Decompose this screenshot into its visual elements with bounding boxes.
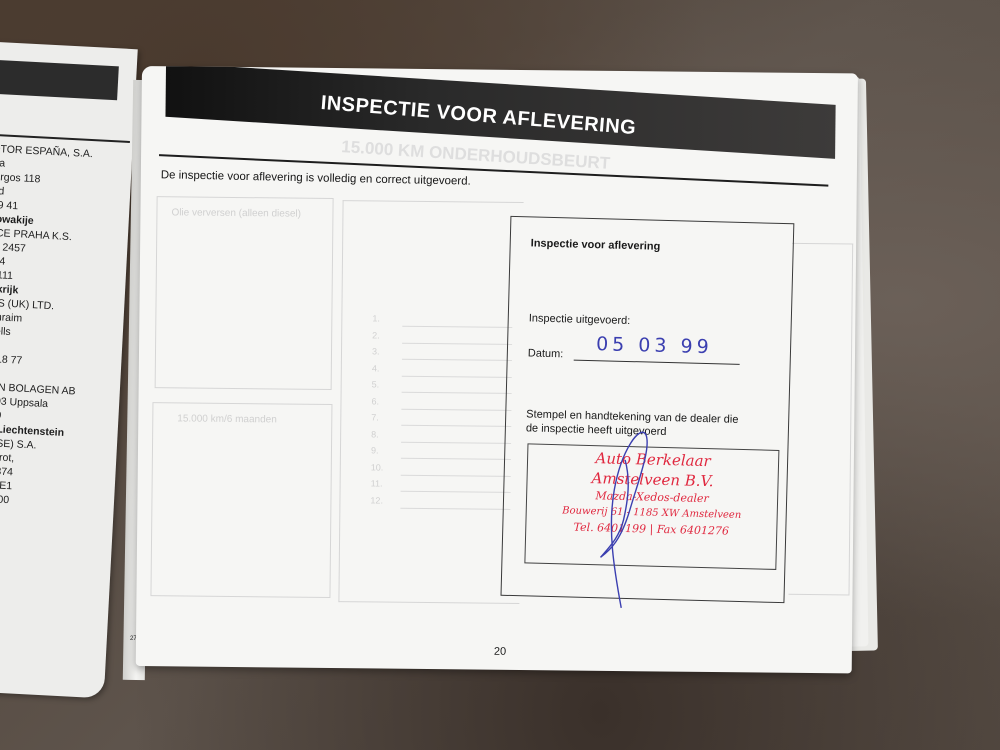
ghost-list-line — [402, 326, 512, 328]
left-title-rule — [0, 132, 130, 143]
right-page: INSPECTIE VOOR AFLEVERING De inspectie v… — [136, 66, 858, 673]
ghost-list-line — [402, 375, 512, 377]
ghost-numbered-list: 1.2.3.4.5.6.7.8.9.10.11.12. — [344, 201, 524, 203]
ghost-list-line — [401, 474, 511, 476]
ghost-list-line — [401, 491, 511, 493]
ghost-list-line — [402, 342, 512, 344]
ghost-list-line — [401, 408, 511, 410]
date-handwritten-value[interactable]: 05 03 99 — [596, 333, 713, 358]
ghost-list-number: 11. — [371, 478, 383, 488]
ghost-box-oil: Olie verversen (alleen diesel) — [155, 196, 334, 390]
inspection-performed-label: Inspectie uitgevoerd: — [529, 312, 631, 327]
ghost-list-line — [402, 392, 512, 394]
dealer-stamp-box: Auto Berkelaar Amstelveen B.V. Mazda-Xed… — [524, 443, 779, 570]
ghost-box-right — [788, 243, 853, 596]
ghost-list-number: 10. — [371, 462, 384, 472]
ghost-list-number: 6. — [371, 396, 379, 406]
ghost-list-number: 3. — [372, 346, 380, 356]
ghost-box-list: 1.2.3.4.5.6.7.8.9.10.11.12. — [338, 200, 523, 604]
ghost-list-number: 2. — [372, 330, 380, 340]
ghost-list-number: 1. — [372, 313, 380, 323]
stamp-label: Stempel en handtekening van de dealer di… — [526, 407, 747, 441]
ghost-list-line — [401, 458, 511, 460]
ghost-list-line — [400, 507, 510, 509]
ghost-list-number: 7. — [371, 412, 379, 422]
ghost-list-number: 12. — [370, 495, 383, 505]
inspection-title: Inspectie voor aflevering — [531, 237, 661, 252]
page-number: 20 — [494, 646, 506, 658]
ghost-list-number: 9. — [371, 445, 379, 455]
date-label: Datum: — [528, 347, 564, 360]
ghost-list-line — [402, 359, 512, 361]
ghost-list-line — [401, 441, 511, 443]
dealer-stamp: Auto Berkelaar Amstelveen B.V. Mazda-Xed… — [526, 444, 778, 541]
dealer-address-list: A MOTOR ESPAÑA, S.A.Mazdade Burgos 118Ma… — [0, 141, 135, 513]
inspection-form: Inspectie voor aflevering Inspectie uitg… — [501, 216, 795, 603]
ghost-list-number: 4. — [372, 363, 380, 373]
date-line — [574, 360, 740, 365]
ghost-box-service: 15.000 km/6 maanden — [150, 402, 332, 598]
ghost-list-number: 5. — [372, 379, 380, 389]
ghost-box-title: 15.000 km/6 maanden — [177, 413, 277, 425]
ghost-list-number: 8. — [371, 429, 379, 439]
ghost-list-line — [401, 425, 511, 427]
ghost-box-title: Olie verversen (alleen diesel) — [171, 207, 301, 219]
intro-text: De inspectie voor aflevering is volledig… — [161, 169, 471, 187]
left-title-band — [0, 58, 119, 100]
